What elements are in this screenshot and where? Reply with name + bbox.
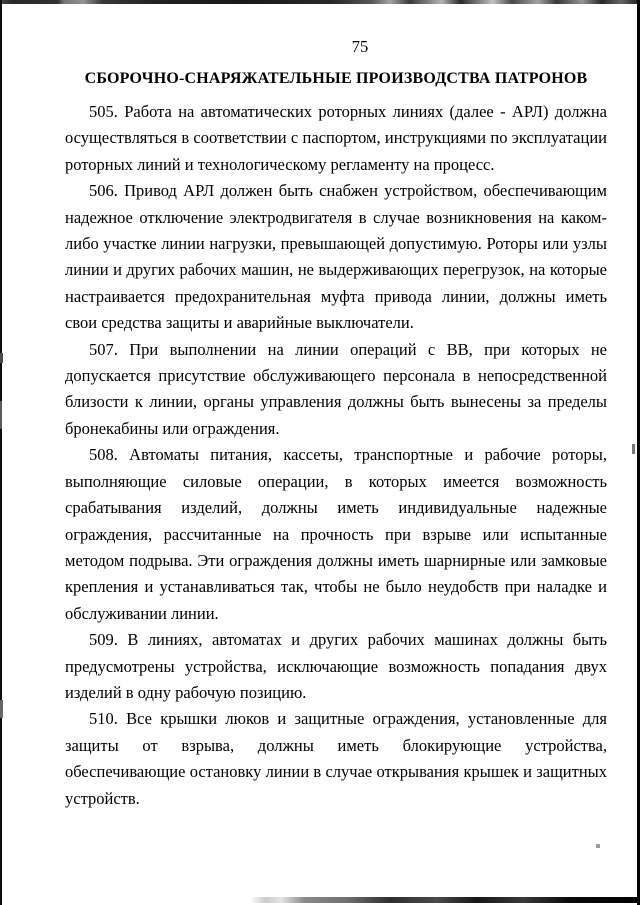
scan-artifact-top-edge xyxy=(0,0,640,4)
paragraph-508: 508. Автоматы питания, кассеты, транспор… xyxy=(65,442,607,627)
paragraph-510: 510. Все крышки люков и защитные огражде… xyxy=(65,706,607,812)
scan-speck xyxy=(596,844,600,848)
scan-speck xyxy=(0,353,3,363)
paragraph-506: 506. Привод АРЛ должен быть снабжен устр… xyxy=(65,178,607,336)
paragraph-507: 507. При выполнении на линии операций с … xyxy=(65,337,607,443)
scan-artifact-left-edge xyxy=(0,0,2,905)
document-body: 505. Работа на автоматических роторных л… xyxy=(65,99,607,812)
paragraph-509: 509. В линиях, автоматах и других рабочи… xyxy=(65,627,607,706)
page-number: 75 xyxy=(89,37,631,57)
paragraph-505: 505. Работа на автоматических роторных л… xyxy=(65,99,607,178)
text-block: 75 СБОРОЧНО-СНАРЯЖАТЕЛЬНЫЕ ПРОИЗВОДСТВА … xyxy=(65,37,607,812)
scan-artifact-bottom-edge xyxy=(250,897,640,903)
section-title: СБОРОЧНО-СНАРЯЖАТЕЛЬНЫЕ ПРОИЗВОДСТВА ПАТ… xyxy=(65,68,607,90)
scan-speck xyxy=(0,700,3,718)
scan-speck xyxy=(632,444,635,454)
scanned-document-page: 75 СБОРОЧНО-СНАРЯЖАТЕЛЬНЫЕ ПРОИЗВОДСТВА … xyxy=(0,0,640,905)
scan-speck xyxy=(0,401,2,429)
